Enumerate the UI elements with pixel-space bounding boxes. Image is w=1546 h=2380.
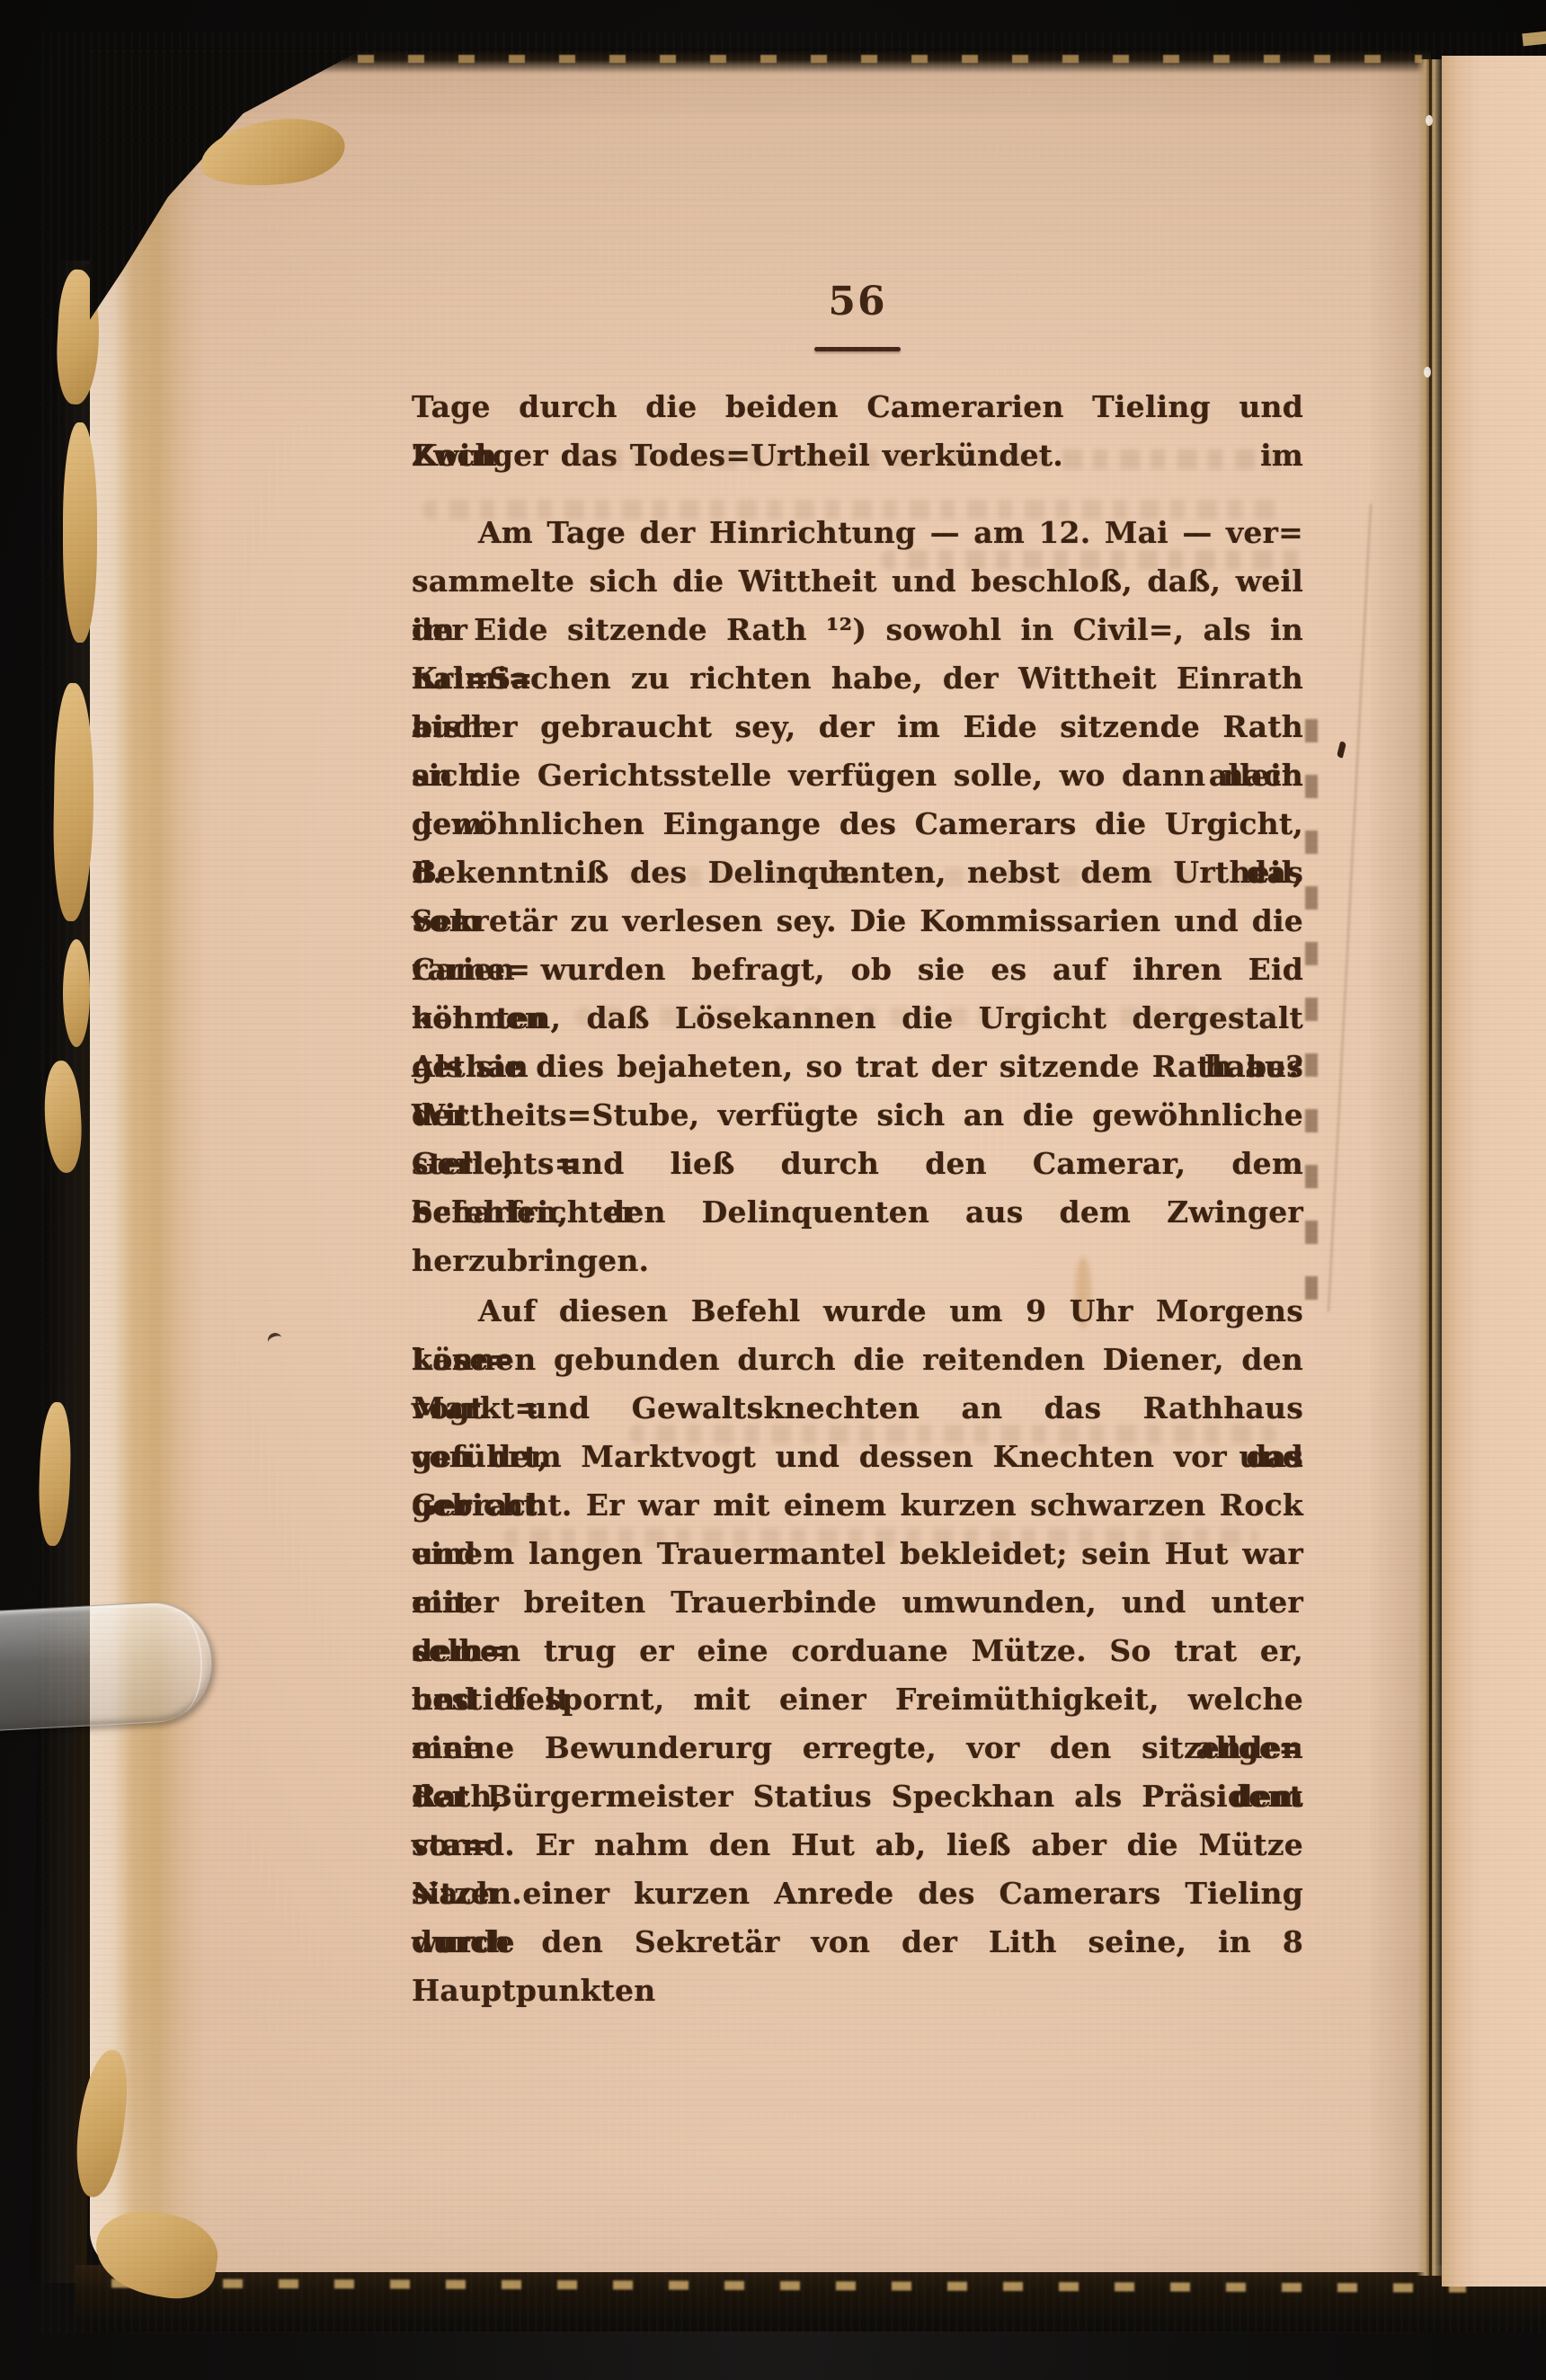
text-line: Sekretär zu verlesen sey. Die Kommissari… [412, 897, 1303, 946]
text-line: der Bürgermeister Statius Speckhan als P… [412, 1772, 1303, 1821]
text-line: durch den Sekretär von der Lith seine, i… [412, 1918, 1303, 1967]
paper-speck [1424, 367, 1431, 377]
text-line: Als sie dies bejaheten, so trat der sitz… [412, 1043, 1303, 1091]
page-number: 56 [412, 279, 1303, 324]
paper-crease [1327, 504, 1372, 1312]
torn-paper-fragment [63, 939, 90, 1047]
paper-speck [1426, 115, 1433, 126]
text-line: kannen gebunden durch die reitenden Dien… [412, 1336, 1303, 1384]
text-line: stand. Er nahm den Hut ab, ließ aber die… [412, 1821, 1303, 1869]
photo-background: { "page": { "number": "56", "paragraphs"… [0, 0, 1546, 2380]
page-number-rule [814, 347, 901, 351]
book-gutter [1417, 59, 1444, 2276]
text-line: befehlen, den Delinquenten aus dem Zwing… [412, 1188, 1303, 1237]
adjacent-page-corner [1522, 31, 1546, 47]
torn-paper-fragment [63, 422, 97, 643]
ink-speck [266, 1331, 285, 1350]
book-page: 56 Tage durch die beiden Camerarien Tiel… [90, 56, 1431, 2272]
text-line: gebracht. Er war mit einem kurzen schwar… [412, 1481, 1303, 1530]
text-line: könnten, daß Lösekannen die Urgicht derg… [412, 994, 1303, 1043]
text-line: stelle, und ließ durch den Camerar, dem … [412, 1140, 1303, 1188]
text-line: sammelte sich die Wittheit und beschloß,… [412, 557, 1303, 606]
text-line: Wittheits=Stube, verfügte sich an die ge… [412, 1091, 1303, 1140]
text-line: Auf diesen Befehl wurde um 9 Uhr Morgens… [412, 1287, 1303, 1336]
paragraph: Am Tage der Hinrichtung — am 12. Mai — v… [412, 509, 1303, 1237]
text-line: Bekenntniß des Delinquenten, nebst dem U… [412, 848, 1303, 897]
text-line: selben trug er eine corduane Mütze. So t… [412, 1627, 1303, 1675]
text-line: rarien wurden befragt, ob sie es auf ihr… [412, 946, 1303, 994]
transparent-page-holder [0, 1599, 215, 1731]
show-through-margin-marks [1305, 719, 1318, 1312]
text-line: einer breiten Trauerbinde umwunden, und … [412, 1578, 1303, 1627]
ink-speck [1337, 741, 1346, 758]
text-line: und bespornt, mit einer Freimüthigkeit, … [412, 1675, 1303, 1724]
text-line: im Eide sitzende Rath ¹²) sowohl in Civi… [412, 606, 1303, 654]
text-line: Nach einer kurzen Anrede des Camerars Ti… [412, 1869, 1303, 1918]
adjacent-page-edge [1442, 56, 1546, 2287]
text-line: meine Bewunderurg erregte, vor den sitze… [412, 1724, 1303, 1772]
paragraph: Auf diesen Befehl wurde um 9 Uhr Morgens… [412, 1287, 1303, 1967]
paragraph: Tage durch die beiden Camerarien Tieling… [412, 383, 1303, 480]
text-line: nal=Sachen zu richten habe, der Wittheit… [412, 654, 1303, 703]
text-line: gewöhnlichen Eingange des Camerars die U… [412, 800, 1303, 848]
text-line: Am Tage der Hinrichtung — am 12. Mai — v… [412, 509, 1303, 557]
text-line: Tage durch die beiden Camerarien Tieling… [412, 383, 1303, 431]
text-line: vogt und Gewaltsknechten an das Rathhaus… [412, 1384, 1303, 1433]
text-line: bisher gebraucht sey, der im Eide sitzen… [412, 703, 1303, 751]
text-line: an die Gerichtsstelle verfügen solle, wo… [412, 751, 1303, 800]
book-cover-bottom-edge [76, 2265, 1546, 2331]
text-line: einem langen Trauermantel bekleidet; sei… [412, 1530, 1303, 1578]
text-line: von dem Marktvogt und dessen Knechten vo… [412, 1433, 1303, 1481]
